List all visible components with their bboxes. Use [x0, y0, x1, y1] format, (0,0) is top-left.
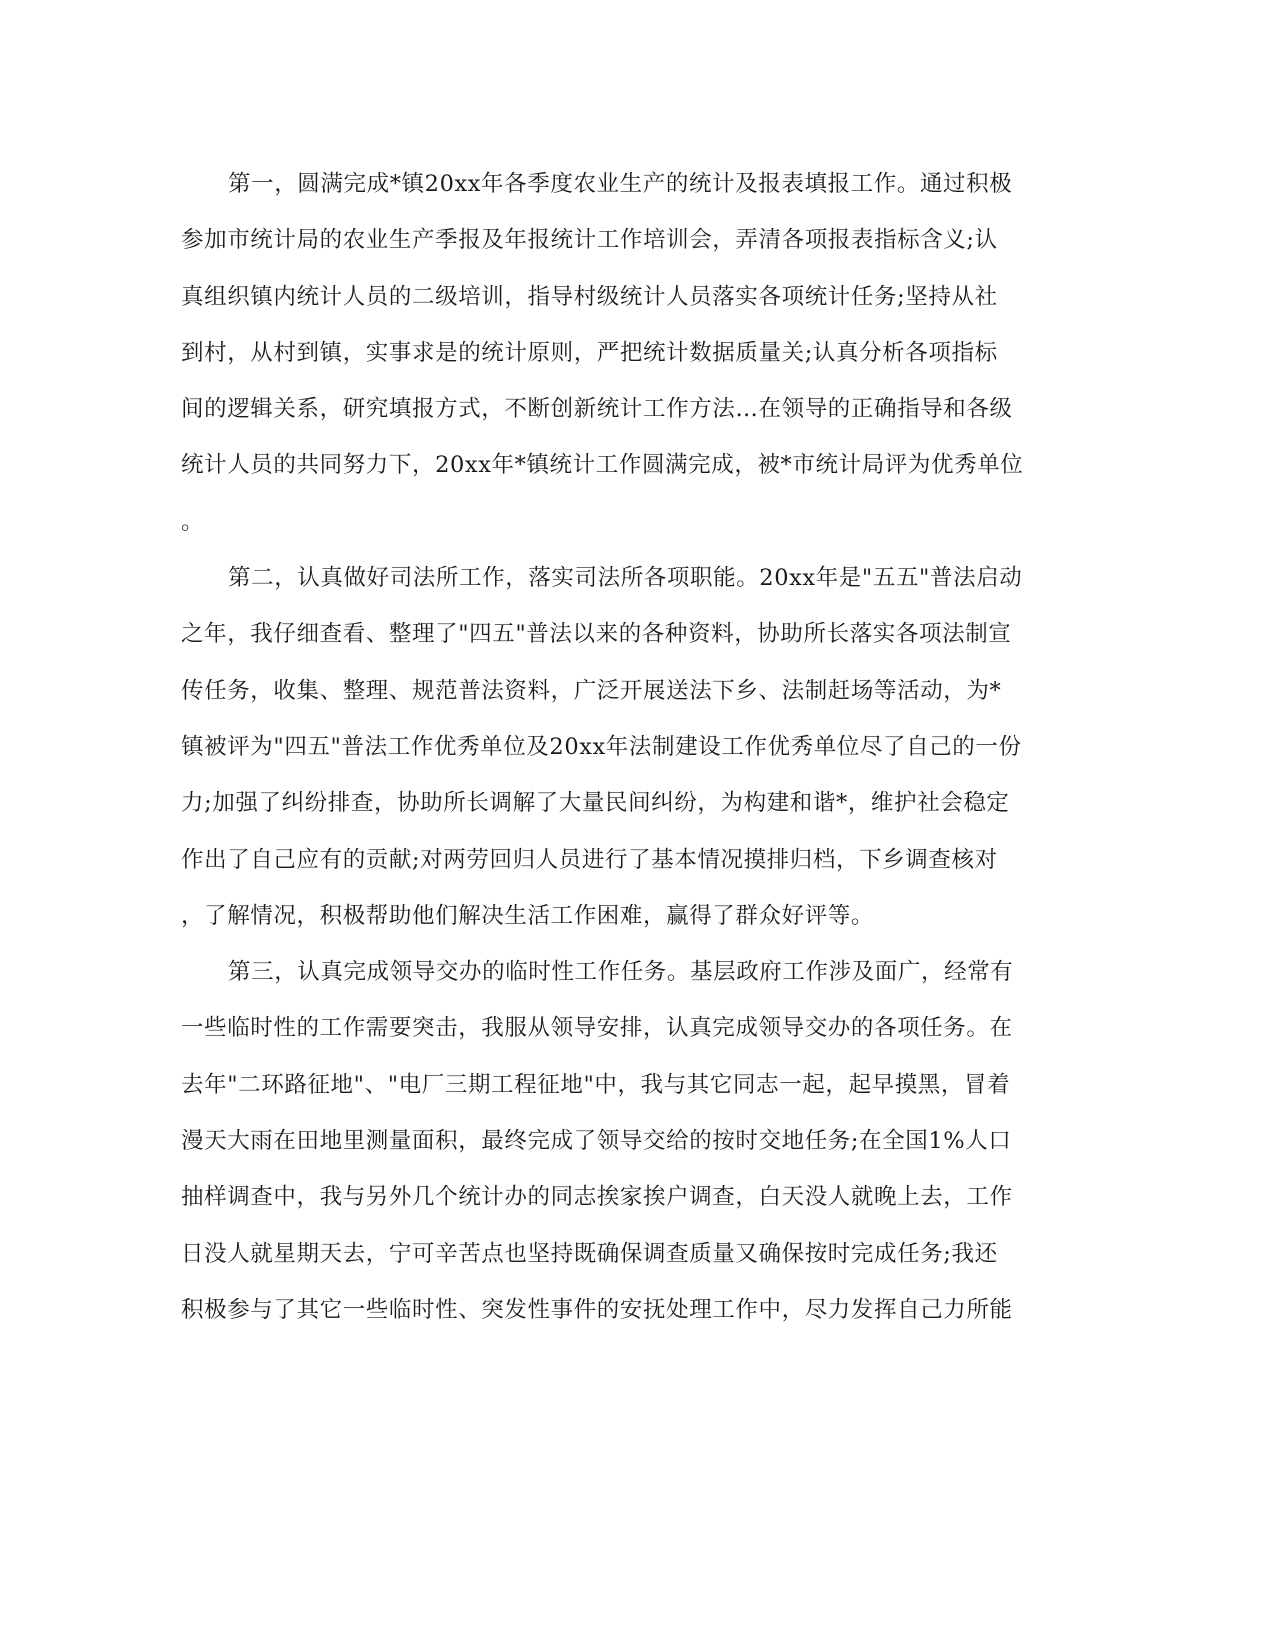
text-line: 积极参与了其它一些临时性、突发性事件的安抚处理工作中，尽力发挥自己力所能 — [181, 1290, 1041, 1346]
text-line: 。 — [181, 502, 1041, 558]
text-line: 传任务，收集、整理、规范普法资料，广泛开展送法下乡、法制赶场等活动，为* — [181, 671, 1041, 727]
text-line: 漫天大雨在田地里测量面积，最终完成了领导交给的按时交地任务;在全国1%人口 — [181, 1121, 1041, 1177]
text-line: 之年，我仔细查看、整理了"四五"普法以来的各种资料，协助所长落实各项法制宣 — [181, 614, 1041, 670]
text-line: 日没人就星期天去，宁可辛苦点也坚持既确保调查质量又确保按时完成任务;我还 — [181, 1234, 1041, 1290]
text-line: 统计人员的共同努力下，20xx年*镇统计工作圆满完成，被*市统计局评为优秀单位 — [181, 445, 1041, 501]
text-line: 力;加强了纠纷排查，协助所长调解了大量民间纠纷，为构建和谐*，维护社会稳定 — [181, 783, 1041, 839]
text-line: 第三，认真完成领导交办的临时性工作任务。基层政府工作涉及面广，经常有 — [181, 952, 1041, 1008]
document-body: 第一，圆满完成*镇20xx年各季度农业生产的统计及报表填报工作。通过积极 参加市… — [181, 164, 1041, 1346]
text-line: 真组织镇内统计人员的二级培训，指导村级统计人员落实各项统计任务;坚持从社 — [181, 277, 1041, 333]
paragraph-2: 第二，认真做好司法所工作，落实司法所各项职能。20xx年是"五五"普法启动 之年… — [181, 558, 1041, 952]
document-page: 第一，圆满完成*镇20xx年各季度农业生产的统计及报表填报工作。通过积极 参加市… — [0, 0, 1275, 1650]
text-line: 抽样调查中，我与另外几个统计办的同志挨家挨户调查，白天没人就晚上去，工作 — [181, 1177, 1041, 1233]
text-line: 一些临时性的工作需要突击，我服从领导安排，认真完成领导交办的各项任务。在 — [181, 1008, 1041, 1064]
text-line: 间的逻辑关系，研究填报方式，不断创新统计工作方法…在领导的正确指导和各级 — [181, 389, 1041, 445]
text-line: 到村，从村到镇，实事求是的统计原则，严把统计数据质量关;认真分析各项指标 — [181, 333, 1041, 389]
text-line: 第一，圆满完成*镇20xx年各季度农业生产的统计及报表填报工作。通过积极 — [181, 164, 1041, 220]
paragraph-1: 第一，圆满完成*镇20xx年各季度农业生产的统计及报表填报工作。通过积极 参加市… — [181, 164, 1041, 558]
text-line: 去年"二环路征地"、"电厂三期工程征地"中，我与其它同志一起，起早摸黑，冒着 — [181, 1065, 1041, 1121]
text-line: 参加市统计局的农业生产季报及年报统计工作培训会，弄清各项报表指标含义;认 — [181, 220, 1041, 276]
text-line: 作出了自己应有的贡献;对两劳回归人员进行了基本情况摸排归档，下乡调查核对 — [181, 840, 1041, 896]
paragraph-3: 第三，认真完成领导交办的临时性工作任务。基层政府工作涉及面广，经常有 一些临时性… — [181, 952, 1041, 1346]
text-line: 第二，认真做好司法所工作，落实司法所各项职能。20xx年是"五五"普法启动 — [181, 558, 1041, 614]
text-line: 镇被评为"四五"普法工作优秀单位及20xx年法制建设工作优秀单位尽了自己的一份 — [181, 727, 1041, 783]
text-line: ，了解情况，积极帮助他们解决生活工作困难，赢得了群众好评等。 — [181, 896, 1041, 952]
